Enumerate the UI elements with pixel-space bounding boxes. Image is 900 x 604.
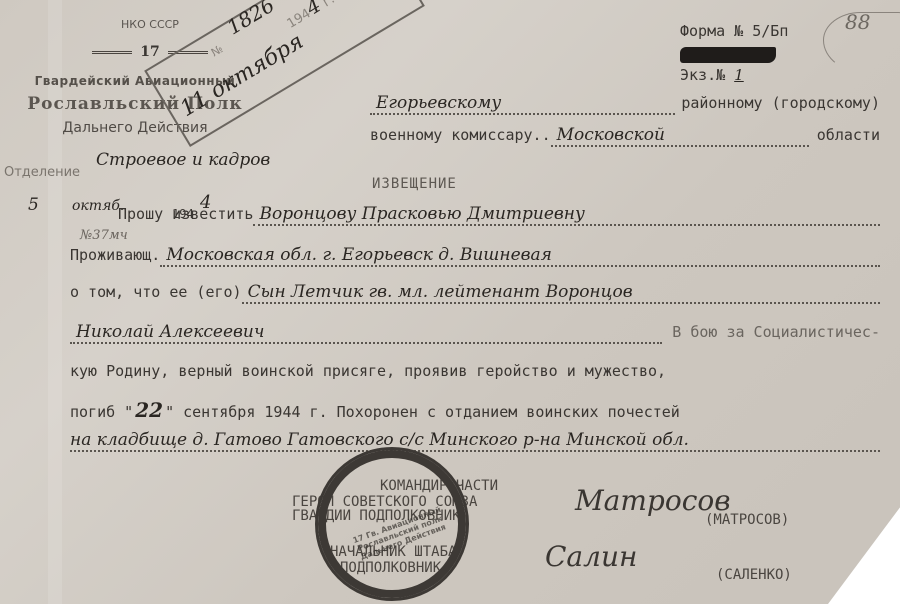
addressee-commissar: военному комиссару.. Московской области [370, 125, 880, 147]
row-relation: о том, что ее (его) Сын Летчик гв. мл. л… [70, 282, 880, 304]
commander-name: (МАТРОСОВ) [705, 512, 789, 528]
battle-printed-1: В бою за Социалистичес- [662, 323, 880, 341]
copy-value: 1 [734, 66, 744, 84]
reg-number-label: № [209, 42, 226, 59]
department-value: Строевое и кадров [96, 150, 270, 170]
death-day-hand: 22 [133, 398, 165, 422]
request-printed: Прошу известить [118, 205, 253, 223]
relation-hand: Сын Летчик гв. мл. лейтенант Воронцов [242, 282, 880, 304]
death-printed-post: " сентября 1944 г. Похоронен с отданием … [165, 403, 680, 421]
date-day: 5 [28, 195, 39, 215]
department-label: Отделение [4, 165, 80, 180]
copy-number: Экз.№ 1 [680, 66, 744, 84]
copy-label: Экз.№ [680, 66, 725, 84]
date-month: октяб. [72, 198, 124, 214]
outgoing-number: №37мч [80, 228, 128, 243]
page-number: 88 [845, 10, 870, 34]
document-title: ИЗВЕЩЕНИЕ [372, 176, 457, 192]
row-battle: кую Родину, верный воинской присяге, про… [70, 362, 880, 380]
residence-hand: Московская обл. г. Егорьевск д. Вишневая [160, 245, 880, 267]
burial-hand: на кладбище д. Гатово Гатовского с/с Мин… [70, 430, 880, 452]
region-printed: области [809, 126, 880, 144]
death-printed-pre: погиб " [70, 403, 133, 421]
district-hand: Егорьевскому [370, 93, 675, 115]
reg-number-value: 1826 [223, 0, 279, 39]
document-sheet: НКО СССР 17 Гвардейский Авиационный Росл… [0, 0, 900, 604]
row-burial: на кладбище д. Гатово Гатовского с/с Мин… [70, 430, 880, 452]
district-printed: районному (городскому) [675, 94, 880, 112]
recipient-hand: Воронцову Прасковью Дмитриевну [253, 204, 880, 226]
chief-signature: Салин [545, 540, 637, 573]
row-name: Николай Алексеевич В бою за Социалистиче… [70, 322, 880, 344]
name-hand: Николай Алексеевич [70, 322, 662, 344]
reg-year-suffix: г. [320, 0, 337, 10]
addressee-district: Егорьевскому районному (городскому) [370, 93, 880, 115]
chief-name: (САЛЕНКО) [716, 567, 792, 583]
reg-date: 11 октября [176, 29, 308, 122]
residing-printed: Проживающ. [70, 246, 160, 264]
battle-printed-2: кую Родину, верный воинской присяге, про… [70, 362, 666, 380]
row-recipient: Прошу известить Воронцову Прасковью Дмит… [118, 204, 880, 226]
row-death: погиб "22" сентября 1944 г. Похоронен с … [70, 398, 880, 422]
region-hand: Московской [551, 125, 809, 147]
about-printed: о том, что ее (его) [70, 283, 242, 301]
paper-fold [48, 0, 62, 604]
commissar-printed: военному комиссару.. [370, 126, 551, 144]
form-number: Форма № 5/Бп [680, 22, 788, 40]
reg-year: 1944 г. [280, 0, 338, 33]
row-residence: Проживающ. Московская обл. г. Егорьевск … [70, 245, 880, 267]
redaction-mark [680, 47, 776, 63]
